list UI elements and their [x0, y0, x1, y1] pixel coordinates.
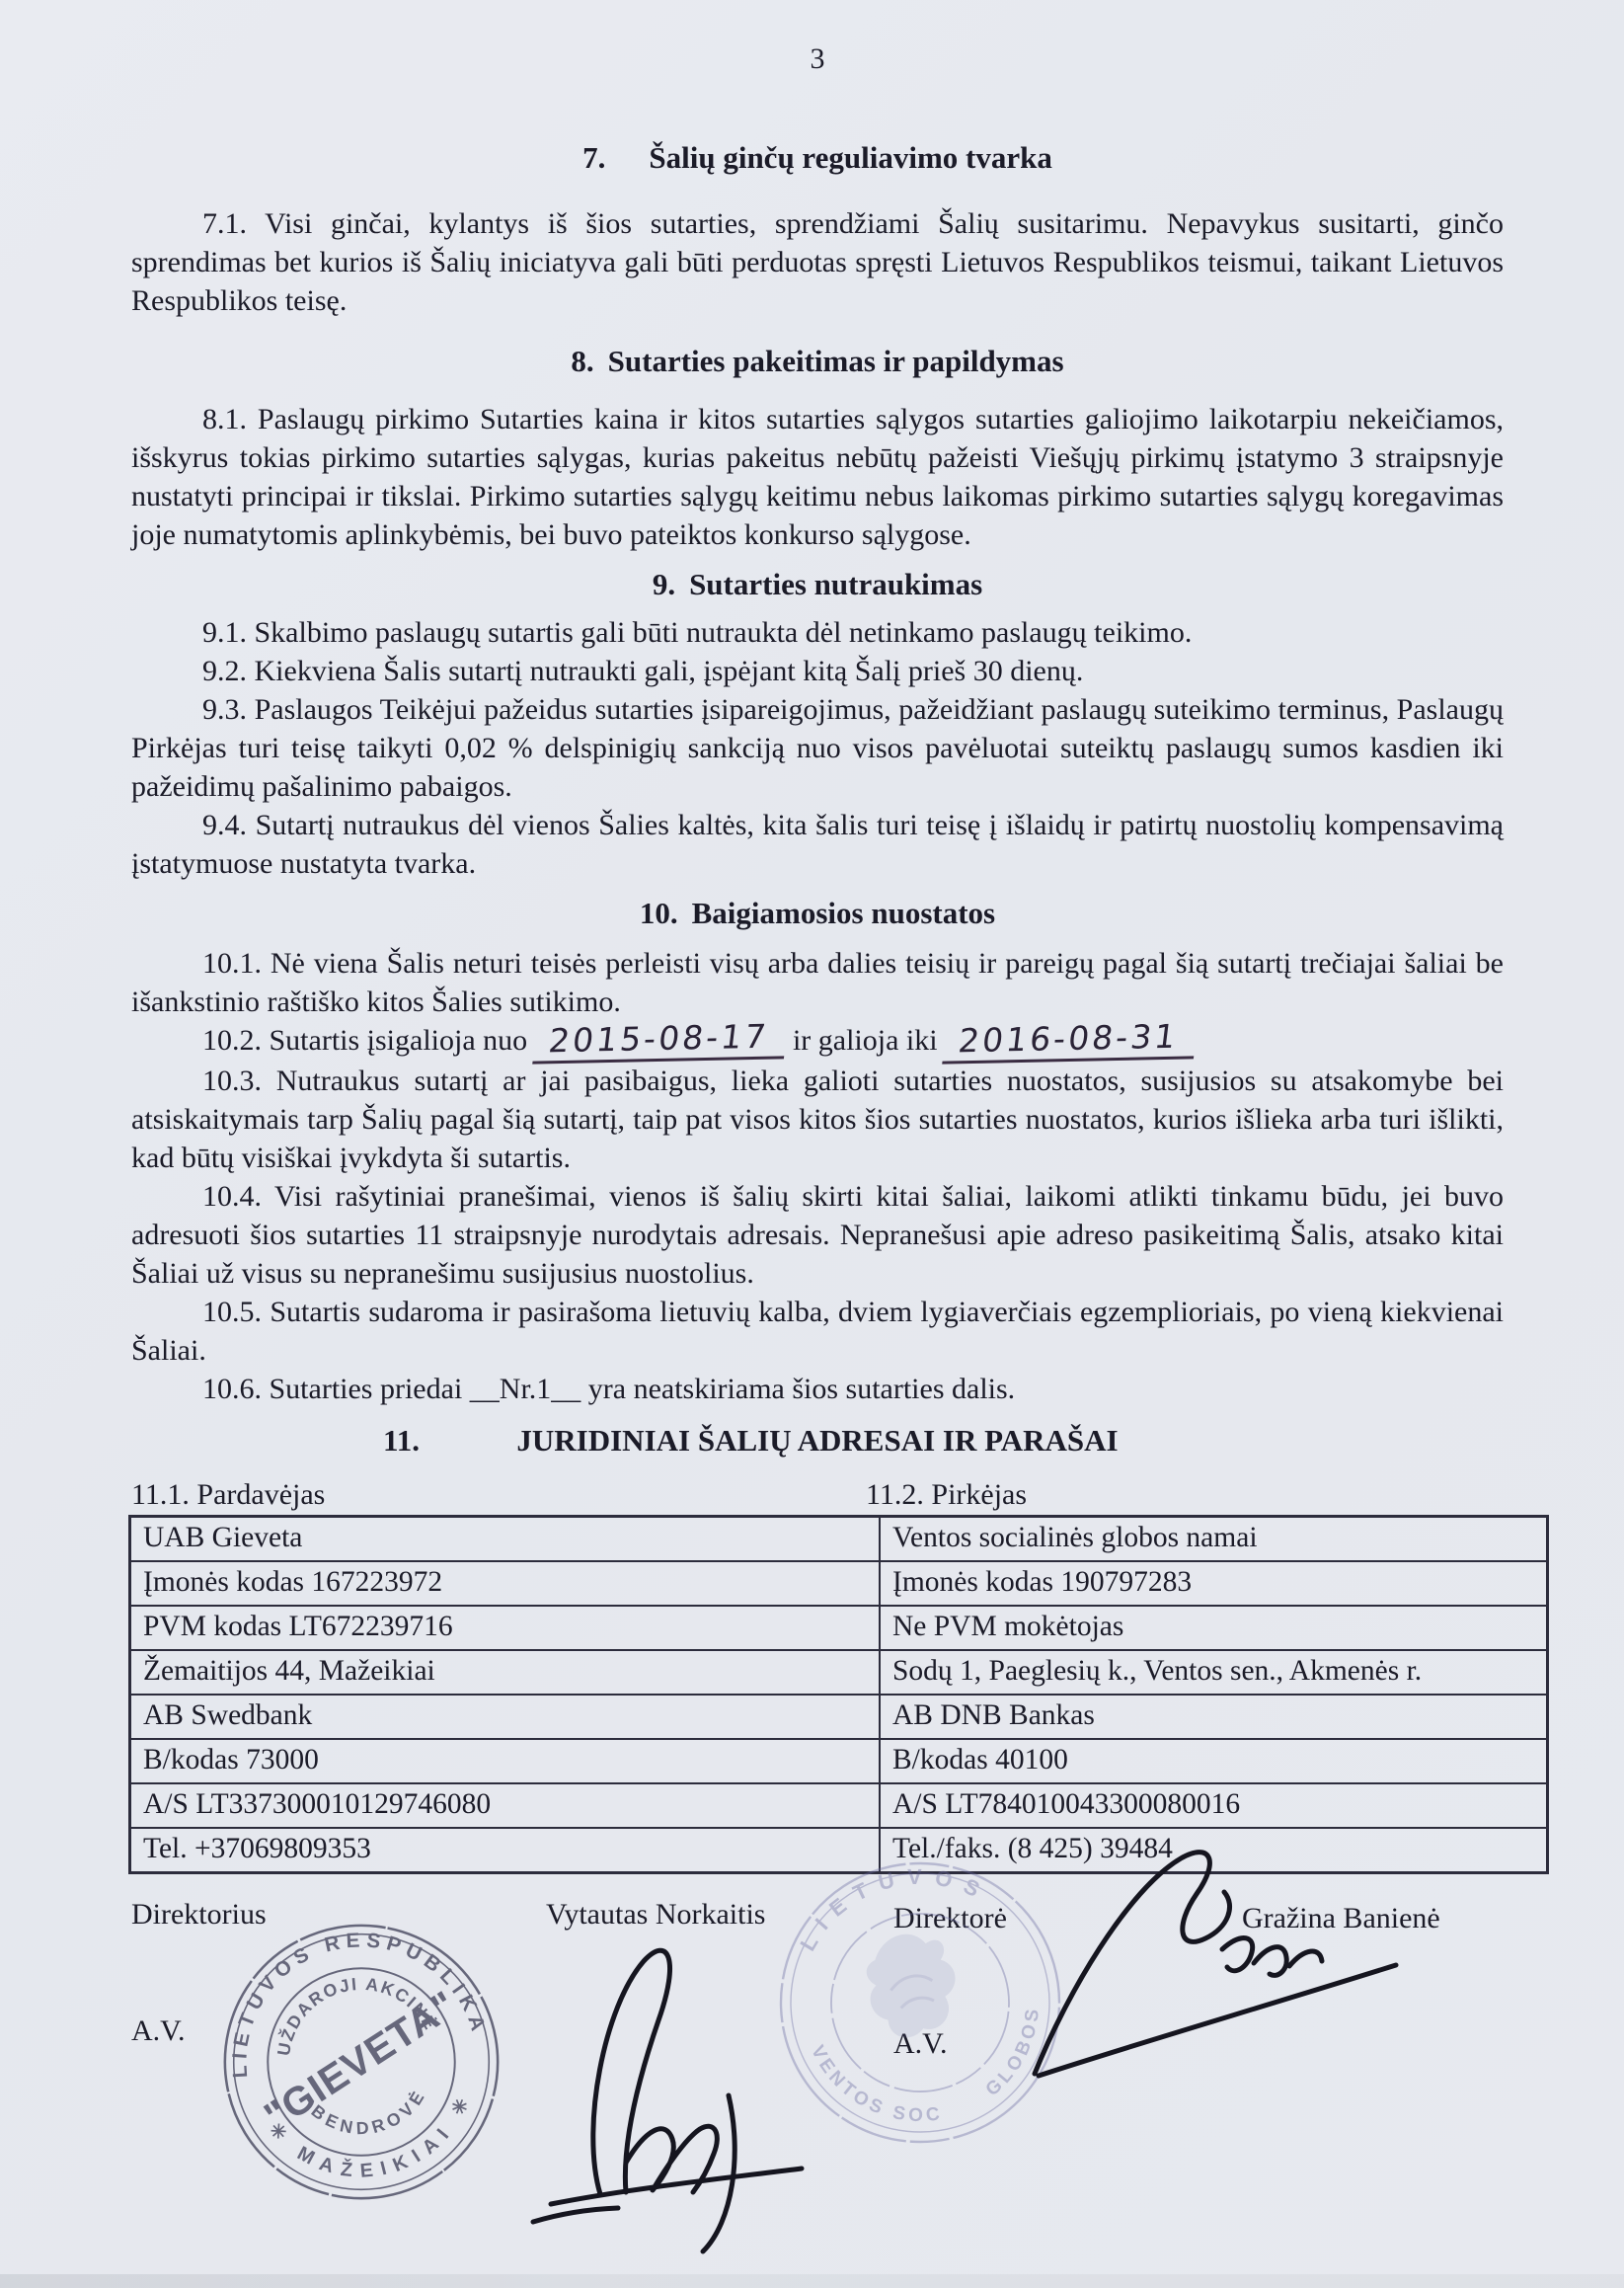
seller-cell: AB Swedbank	[130, 1695, 881, 1739]
seller-cell: Tel. +37069809353	[130, 1828, 881, 1873]
table-row: AB Swedbank AB DNB Bankas	[130, 1695, 1548, 1739]
section-11-title: JURIDINIAI ŠALIŲ ADRESAI IR PARAŠAI	[516, 1423, 1118, 1458]
section-10-number: 10.	[640, 893, 678, 934]
buyer-signature	[977, 1839, 1422, 2091]
clause-9-1: 9.1. Skalbimo paslaugų sutartis gali būt…	[131, 613, 1504, 652]
page-body: 3 7. Šalių ginčų reguliavimo tvarka 7.1.…	[131, 39, 1504, 1874]
seller-cell: Žemaitijos 44, Mažeikiai	[130, 1650, 881, 1695]
seller-seal-note: A.V.	[131, 2014, 185, 2048]
seller-cell: Įmonės kodas 167223972	[130, 1561, 881, 1606]
buyer-cell: AB DNB Bankas	[880, 1695, 1548, 1739]
section-7-number: 7.	[582, 137, 605, 179]
handwritten-end-date: 2016-08-31	[942, 1018, 1198, 1064]
buyer-cell: Įmonės kodas 190797283	[880, 1561, 1548, 1606]
seller-label: 11.1. Pardavėjas	[131, 1475, 325, 1514]
clause-7-1: 7.1. Visi ginčai, kylantys iš šios sutar…	[131, 204, 1504, 320]
clause-9-2: 9.2. Kiekviena Šalis sutartį nutraukti g…	[131, 652, 1504, 690]
buyer-cell: Ventos socialinės globos namai	[880, 1517, 1548, 1562]
section-9-title: Sutarties nutraukimas	[689, 564, 982, 605]
clause-10-5: 10.5. Sutartis sudaroma ir pasirašoma li…	[131, 1293, 1504, 1370]
clause-9-3: 9.3. Paslaugos Teikėjui pažeidus sutarti…	[131, 690, 1504, 806]
buyer-cell: Ne PVM mokėtojas	[880, 1606, 1548, 1650]
clause-9-4: 9.4. Sutartį nutraukus dėl vienos Šalies…	[131, 806, 1504, 883]
clause-10-1: 10.1. Nė viena Šalis neturi teisės perle…	[131, 944, 1504, 1021]
vytis-emblem	[855, 1924, 968, 2045]
section-8-title: Sutarties pakeitimas ir papildymas	[608, 341, 1064, 382]
table-row: B/kodas 73000 B/kodas 40100	[130, 1739, 1548, 1783]
clause-10-2-middle: ir galioja iki	[793, 1024, 938, 1057]
table-row: Žemaitijos 44, Mažeikiai Sodų 1, Paegles…	[130, 1650, 1548, 1695]
section-10-heading: 10. Baigiamosios nuostatos	[131, 893, 1504, 934]
buyer-cell: A/S LT784010043300080016	[880, 1783, 1548, 1828]
buyer-cell: Sodų 1, Paeglesių k., Ventos sen., Akmen…	[880, 1650, 1548, 1695]
handwritten-start-date: 2015-08-17	[532, 1018, 788, 1064]
clause-10-2: 10.2. Sutartis įsigalioja nuo 2015-08-17…	[131, 1021, 1504, 1062]
clause-10-2-prefix: 10.2. Sutartis įsigalioja nuo	[202, 1024, 527, 1057]
page-number: 3	[131, 39, 1504, 78]
seller-signature	[434, 1926, 829, 2261]
clause-10-4: 10.4. Visi rašytiniai pranešimai, vienos…	[131, 1177, 1504, 1293]
section-9-number: 9.	[653, 564, 675, 605]
clause-10-3: 10.3. Nutraukus sutartį ar jai pasibaigu…	[131, 1062, 1504, 1177]
table-row: UAB Gieveta Ventos socialinės globos nam…	[130, 1517, 1548, 1562]
seller-cell: A/S LT337300010129746080	[130, 1783, 881, 1828]
parties-table: UAB Gieveta Ventos socialinės globos nam…	[128, 1515, 1549, 1874]
buyer-label: 11.2. Pirkėjas	[866, 1475, 1027, 1514]
section-8-heading: 8. Sutarties pakeitimas ir papildymas	[131, 341, 1504, 382]
parties-table-labels: 11.1. Pardavėjas 11.2. Pirkėjas	[131, 1475, 1504, 1515]
clause-8-1: 8.1. Paslaugų pirkimo Sutarties kaina ir…	[131, 400, 1504, 554]
table-row: A/S LT337300010129746080 A/S LT784010043…	[130, 1783, 1548, 1828]
table-row: PVM kodas LT672239716 Ne PVM mokėtojas	[130, 1606, 1548, 1650]
seller-cell: UAB Gieveta	[130, 1517, 881, 1562]
section-9-heading: 9. Sutarties nutraukimas	[131, 564, 1504, 605]
seller-cell: PVM kodas LT672239716	[130, 1606, 881, 1650]
section-11-number: 11.	[383, 1420, 420, 1461]
seller-cell: B/kodas 73000	[130, 1739, 881, 1783]
section-11-heading: 11. JURIDINIAI ŠALIŲ ADRESAI IR PARAŠAI	[131, 1420, 1504, 1461]
section-7-heading: 7. Šalių ginčų reguliavimo tvarka	[131, 137, 1504, 179]
buyer-cell: B/kodas 40100	[880, 1739, 1548, 1783]
section-10-title: Baigiamosios nuostatos	[692, 893, 995, 934]
clause-10-6: 10.6. Sutarties priedai __Nr.1__ yra nea…	[131, 1370, 1504, 1408]
section-7-title: Šalių ginčų reguliavimo tvarka	[649, 137, 1052, 179]
scanned-contract-page: 3 7. Šalių ginčų reguliavimo tvarka 7.1.…	[0, 0, 1624, 2288]
table-row: Įmonės kodas 167223972 Įmonės kodas 1907…	[130, 1561, 1548, 1606]
section-8-number: 8.	[571, 341, 593, 382]
